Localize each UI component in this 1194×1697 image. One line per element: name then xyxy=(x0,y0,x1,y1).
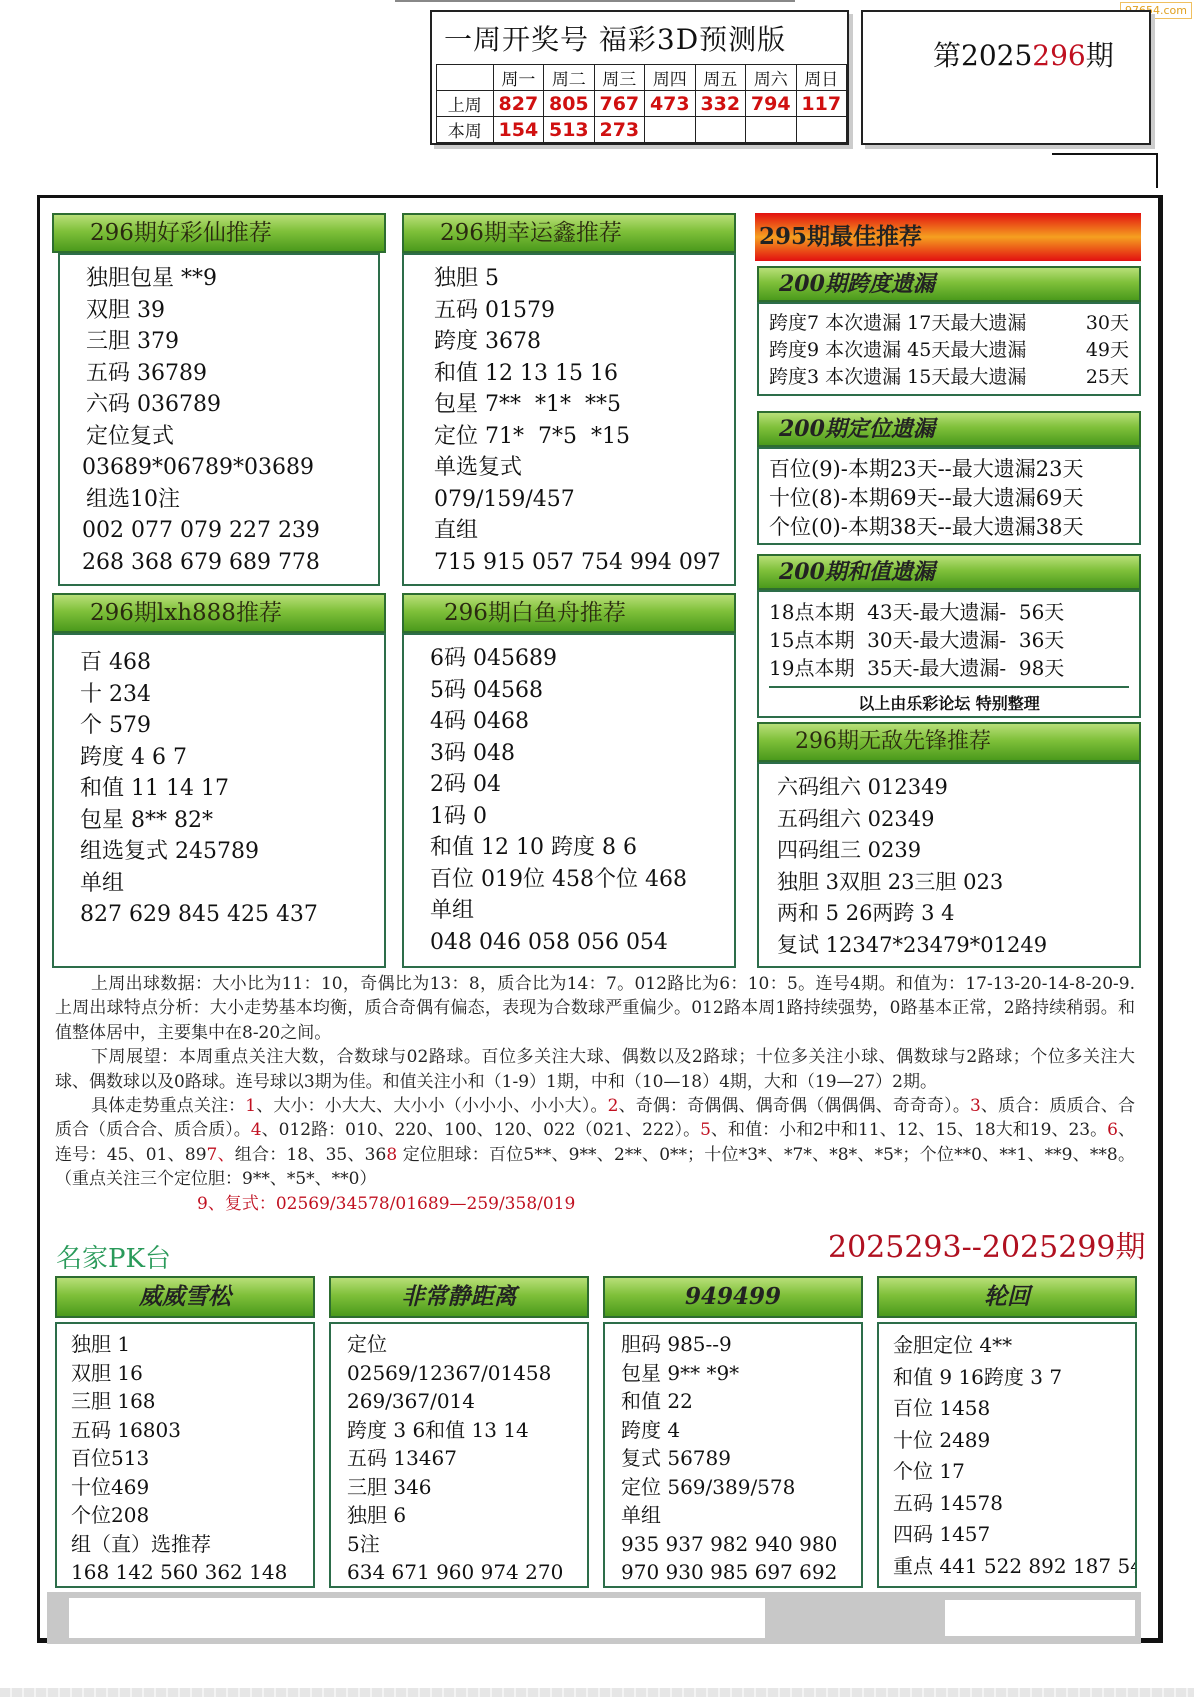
list-item: 五码 01579 xyxy=(434,295,724,327)
list-item: 和值 9 16跨度 3 7 xyxy=(893,1362,1135,1394)
page-title: 一周开奖号 福彩3D预测版 xyxy=(444,18,786,58)
table-row: 本周 154 513 273 xyxy=(437,117,847,143)
weekly-draw-box: 一周开奖号 福彩3D预测版 周一 周二 周三 周四 周五 周六 周日 上周 82… xyxy=(430,10,849,145)
list-item: 三胆 379 xyxy=(86,326,368,358)
list-item: 百位(9)-本期23天--最大遗漏23天 xyxy=(769,455,1129,484)
day-header: 周三 xyxy=(594,65,644,91)
list-item: 五码组六 02349 xyxy=(777,804,1129,836)
list-item: 19点本期 35天-最大遗漏- 98天 xyxy=(769,654,1129,682)
list-item: 和值 11 14 17 xyxy=(80,773,374,805)
list-item: 827 629 845 425 437 xyxy=(80,899,374,931)
panel-title-baiyuzhou: 296期白鱼舟推荐 xyxy=(402,593,736,633)
list-item: 跨度 4 xyxy=(621,1416,861,1445)
list-item: 两和 5 26两跨 3 4 xyxy=(777,898,1129,930)
list-item: 组选复式 245789 xyxy=(80,836,374,868)
list-item: 十位469 xyxy=(71,1473,313,1502)
list-item: 1码 0 xyxy=(430,801,724,833)
list-item: 048 046 058 056 054 xyxy=(430,927,724,959)
draw-number: 767 xyxy=(594,91,644,117)
row-label: 本周 xyxy=(437,117,494,143)
list-item: 三胆 346 xyxy=(347,1473,587,1502)
list-item: 包星 8** 82* xyxy=(80,805,374,837)
day-header: 周一 xyxy=(493,65,543,91)
pk-panel-lunhui: 金胆定位 4**和值 9 16跨度 3 7百位 1458十位 2489个位 17… xyxy=(877,1322,1137,1588)
list-item: 三胆 168 xyxy=(71,1387,313,1416)
list-item: 包星 7** *1* **5 xyxy=(434,389,724,421)
pk-title-feichangjingjuli: 非常静距离 xyxy=(329,1276,589,1318)
pos-miss-panel: 百位(9)-本期23天--最大遗漏23天 十位(8)-本期69天--最大遗漏69… xyxy=(757,447,1141,545)
fushi-recommendation: 9、复式：02569/34578/01689—259/358/019 xyxy=(55,1192,1135,1216)
list-item: 5注 xyxy=(347,1530,587,1559)
draw-number: 473 xyxy=(645,91,695,117)
day-header: 周五 xyxy=(695,65,745,91)
panel-baiyuzhou: 6码 0456895码 045684码 04683码 0482码 041码 0和… xyxy=(402,633,736,968)
pk-panel-feichangjingjuli: 定位02569/12367/01458269/367/014跨度 3 6和值 1… xyxy=(329,1322,589,1588)
list-item: 包星 9** *9* xyxy=(621,1359,861,1388)
draw-number xyxy=(796,117,847,143)
draw-number: 827 xyxy=(493,91,543,117)
panel-xingyunxin: 独胆 5五码 01579跨度 3678和值 12 13 15 16包星 7** … xyxy=(402,253,736,586)
pk-panel-weiweixuesong: 独胆 1双胆 16三胆 168五码 16803百位513十位469个位208组（… xyxy=(55,1322,315,1588)
pk-title-lunhui: 轮回 xyxy=(877,1276,1137,1318)
list-item: 18点本期 43天-最大遗漏- 56天 xyxy=(769,598,1129,626)
list-item: 个位(0)-本期38天--最大遗漏38天 xyxy=(769,513,1129,542)
draw-number: 332 xyxy=(695,91,745,117)
list-item: 单选复式 xyxy=(434,452,724,484)
list-item: 跨度9 本次遗漏 45天最大遗漏49天 xyxy=(769,337,1129,364)
list-item: 079/159/457 xyxy=(434,484,724,516)
draw-number: 805 xyxy=(544,91,594,117)
list-item: 跨度3 本次遗漏 15天最大遗漏25天 xyxy=(769,364,1129,391)
list-item: 复式 56789 xyxy=(621,1444,861,1473)
list-item: 直组 xyxy=(434,515,724,547)
panel-lxh888: 百 468十 234个 579跨度 4 6 7和值 11 14 17包星 8**… xyxy=(52,633,386,968)
issue-box: 第2025296期 xyxy=(861,10,1151,145)
list-item: 和值 12 13 15 16 xyxy=(434,358,724,390)
day-header: 周四 xyxy=(645,65,695,91)
draw-number: 117 xyxy=(796,91,847,117)
panel-title-wudixianfeng: 296期无敌先锋推荐 xyxy=(757,722,1141,762)
issue-number: 第2025296期 xyxy=(933,34,1114,74)
list-item: 单组 xyxy=(80,868,374,900)
panel-wudixianfeng: 六码组六 012349五码组六 02349四码组三 0239独胆 3双胆 23三… xyxy=(757,762,1141,968)
list-item: 十位 2489 xyxy=(893,1425,1135,1457)
list-item: 和值 12 10 跨度 8 6 xyxy=(430,832,724,864)
footer-blank-field xyxy=(69,1598,765,1638)
pk-section-title: 名家PK台 xyxy=(56,1238,171,1275)
day-header: 周日 xyxy=(796,65,847,91)
pk-panel-949499: 胆码 985--9包星 9** *9*和值 22跨度 4复式 56789定位 5… xyxy=(603,1322,863,1588)
list-item: 跨度7 本次遗漏 17天最大遗漏30天 xyxy=(769,310,1129,337)
table-row: 上周 827 805 767 473 332 794 117 xyxy=(437,91,847,117)
list-item: 独胆包星 **9 xyxy=(86,263,368,295)
table-header-row: 周一 周二 周三 周四 周五 周六 周日 xyxy=(437,65,847,91)
list-item: 六码组六 012349 xyxy=(777,772,1129,804)
span-miss-title: 200期跨度遗漏 xyxy=(757,266,1141,302)
list-item: 独胆 3双胆 23三胆 023 xyxy=(777,867,1129,899)
list-item: 跨度 4 6 7 xyxy=(80,742,374,774)
list-item: 四码组三 0239 xyxy=(777,835,1129,867)
list-item: 定位 71* 7*5 *15 xyxy=(434,421,724,453)
panel-title-haocaixian: 296期好彩仙推荐 xyxy=(52,213,386,253)
draw-number xyxy=(645,117,695,143)
list-item: 3码 048 xyxy=(430,738,724,770)
list-item: 168 142 560 362 148 xyxy=(71,1558,313,1587)
trend-focus: 具体走势重点关注：1、大小：小大大、大小小（小小小、小小大）。2、奇偶：奇偶偶、… xyxy=(55,1094,1135,1192)
analysis-text: 上周出球数据：大小比为11：10，奇偶比为13：8，质合比为14：7。012路比… xyxy=(55,972,1135,1216)
list-item: 四码 1457 xyxy=(893,1519,1135,1551)
list-item: 03689*06789*03689 xyxy=(82,452,368,484)
list-item: 单组 xyxy=(621,1501,861,1530)
list-item: 268 368 679 689 778 xyxy=(82,547,368,579)
list-item: 双胆 39 xyxy=(86,295,368,327)
draw-number: 794 xyxy=(746,91,796,117)
list-item: 6码 045689 xyxy=(430,643,724,675)
divider xyxy=(395,0,795,2)
list-item: 单组 xyxy=(430,895,724,927)
list-item: 十位(8)-本期69天--最大遗漏69天 xyxy=(769,484,1129,513)
list-item: 百 468 xyxy=(80,647,374,679)
list-item: 5码 04568 xyxy=(430,675,724,707)
list-item: 金胆定位 4** xyxy=(893,1330,1135,1362)
day-header: 周二 xyxy=(544,65,594,91)
list-item: 15点本期 30天-最大遗漏- 36天 xyxy=(769,626,1129,654)
list-item: 双胆 16 xyxy=(71,1359,313,1388)
list-item: 百位513 xyxy=(71,1444,313,1473)
decorative-line xyxy=(1052,153,1158,188)
list-item: 百位 019位 458个位 468 xyxy=(430,864,724,896)
list-item: 组（直）选推荐 xyxy=(71,1530,313,1559)
list-item: 五码 13467 xyxy=(347,1444,587,1473)
list-item: 个位 17 xyxy=(893,1456,1135,1488)
list-item: 715 915 057 754 994 097 xyxy=(434,547,724,579)
list-item: 独胆 5 xyxy=(434,263,724,295)
span-miss-panel: 跨度7 本次遗漏 17天最大遗漏30天 跨度9 本次遗漏 45天最大遗漏49天 … xyxy=(757,302,1141,396)
list-item: 935 937 982 940 980 xyxy=(621,1530,861,1559)
list-item: 2码 04 xyxy=(430,769,724,801)
list-item: 个位208 xyxy=(71,1501,313,1530)
footer-bar xyxy=(47,1592,1141,1644)
list-item: 胆码 985--9 xyxy=(621,1330,861,1359)
list-item: 02569/12367/01458 xyxy=(347,1359,587,1388)
pos-miss-title: 200期定位遗漏 xyxy=(757,411,1141,447)
panel-haocaixian: 独胆包星 **9双胆 39三胆 379五码 36789六码 036789定位复式… xyxy=(58,253,380,586)
list-item: 百位 1458 xyxy=(893,1393,1135,1425)
bottom-strip xyxy=(0,1688,1194,1697)
pk-title-949499: 949499 xyxy=(603,1276,863,1318)
period-range: 2025293--2025299期 xyxy=(828,1222,1146,1266)
draw-number xyxy=(695,117,745,143)
sum-miss-panel: 18点本期 43天-最大遗漏- 56天 15点本期 30天-最大遗漏- 36天 … xyxy=(757,590,1141,718)
best-recommendation-title: 295期最佳推荐 xyxy=(755,213,1141,261)
issue-highlight: 296 xyxy=(1032,39,1085,72)
list-item: 独胆 6 xyxy=(347,1501,587,1530)
next-week-outlook: 下周展望：本周重点关注大数，合数球与02路球。百位多关注大球、偶数以及2路球；十… xyxy=(55,1045,1135,1094)
draw-number xyxy=(746,117,796,143)
panel-title-xingyunxin: 296期幸运鑫推荐 xyxy=(402,213,736,253)
list-item: 五码 36789 xyxy=(86,358,368,390)
list-item: 970 930 985 697 692 xyxy=(621,1558,861,1587)
list-item: 和值 22 xyxy=(621,1387,861,1416)
list-item: 独胆 1 xyxy=(71,1330,313,1359)
list-item: 十 234 xyxy=(80,679,374,711)
draw-table: 周一 周二 周三 周四 周五 周六 周日 上周 827 805 767 473 … xyxy=(436,64,847,143)
list-item: 634 671 960 974 270 xyxy=(347,1558,587,1587)
draw-number: 273 xyxy=(594,117,644,143)
list-item: 定位 xyxy=(347,1330,587,1359)
list-item: 个 579 xyxy=(80,710,374,742)
list-item: 4码 0468 xyxy=(430,706,724,738)
pk-title-weiweixuesong: 威威雪松 xyxy=(55,1276,315,1318)
list-item: 定位 569/389/578 xyxy=(621,1473,861,1502)
list-item: 五码 16803 xyxy=(71,1416,313,1445)
last-week-analysis: 上周出球数据：大小比为11：10，奇偶比为13：8，质合比为14：7。012路比… xyxy=(55,972,1135,1045)
footer-blank-field xyxy=(945,1600,1135,1636)
draw-number: 513 xyxy=(544,117,594,143)
list-item: 002 077 079 227 239 xyxy=(82,515,368,547)
list-item: 五码 14578 xyxy=(893,1488,1135,1520)
list-item: 269/367/014 xyxy=(347,1387,587,1416)
list-item: 跨度 3 6和值 13 14 xyxy=(347,1416,587,1445)
day-header: 周六 xyxy=(746,65,796,91)
list-item: 重点 441 522 892 187 547 xyxy=(893,1551,1135,1583)
panel-title-lxh888: 296期lxh888推荐 xyxy=(52,593,386,633)
row-label: 上周 xyxy=(437,91,494,117)
draw-number: 154 xyxy=(493,117,543,143)
list-item: 六码 036789 xyxy=(86,389,368,421)
list-item: 跨度 3678 xyxy=(434,326,724,358)
sum-miss-title: 200期和值遗漏 xyxy=(757,554,1141,590)
list-item: 定位复式 xyxy=(86,421,368,453)
list-item: 组选10注 xyxy=(86,484,368,516)
credit-note: 以上由乐彩论坛 特别整理 xyxy=(769,686,1129,718)
list-item: 复试 12347*23479*01249 xyxy=(777,930,1129,962)
